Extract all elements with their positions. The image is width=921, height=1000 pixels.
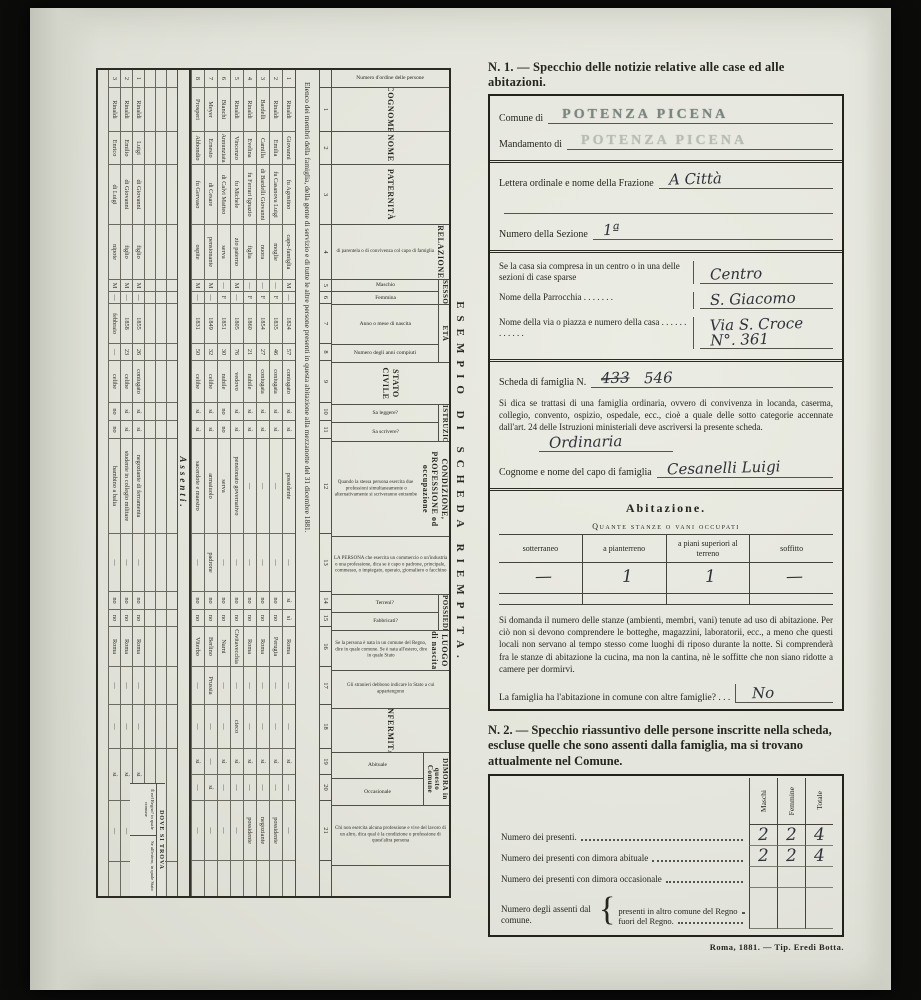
esempio-sub-label: Terreni? [376,600,394,606]
esempio-header-group: ETÀAnno o mese di nascitaNumero degli an… [332,305,449,363]
esempio-cell [167,165,177,225]
esempio-field-number: 4 [320,225,331,280]
esempio-cell [167,225,177,280]
summary-header-row: MaschiFemmineTotale [499,778,833,825]
esempio-cell: fu Casanova Luigi [270,165,282,225]
esempio-cell: celibe [121,361,132,403]
esempio-cell: F [244,292,256,304]
esempio-cell: no [192,610,204,627]
form-n2-box: MaschiFemmineTotaleNumero dei presenti.2… [488,774,844,937]
esempio-cell: sì [257,749,269,775]
esempio-person-row: 7MeyerErnestodi CesarepensionanteM—18493… [204,70,217,896]
esempio-field-number: 7 [320,304,331,344]
esempio-cell: fu Michele [231,165,243,225]
esempio-cell: — [121,292,132,304]
esempio-cell: — [270,705,282,749]
esempio-cell: — [121,705,132,749]
esempio-cell: sì [270,421,282,439]
esempio-header-cell: Numero d'ordine delle persone [332,70,449,88]
summary-row: Numero degli assenti dal comune.{present… [499,888,833,929]
esempio-cell: fu Gervaso [192,165,204,225]
esempio-person-row: 4RinaldiEvelinafu Ferrari Ignaziofiglia—… [243,70,256,896]
esempio-cell [156,361,166,403]
esempio-cell: Annunziata [218,132,230,165]
esempio-header-cell: COGNOME [332,88,449,132]
esempio-cell: no [133,610,144,627]
sezione-label: Numero della Sezione [499,229,588,240]
dotted-leader [666,880,743,883]
divider [490,160,842,163]
stanze-values-row: — 1 1 — [499,563,833,594]
dotted-leader [678,921,743,924]
esempio-cell: Ernesto [205,132,217,165]
esempio-cell: no [257,592,269,610]
esempio-cell: sì [192,403,204,421]
esempio-cell: no [192,592,204,610]
esempio-cell [167,361,177,403]
esempio-group-subcells: Sa leggere?Sa scrivere? [332,405,438,441]
esempio-cell [145,225,155,280]
esempio-cell: F [257,292,269,304]
summary-col-header: Maschi [749,778,777,825]
esempio-cell [145,292,155,304]
esempio-sub-label: Occasionale [364,789,391,795]
esempio-header-note: LA PERSONA che esercita un commercio o u… [332,555,449,576]
esempio-field-number: 9 [320,361,331,403]
esempio-cell: — [121,667,132,705]
esempio-cell [145,592,155,610]
esempio-cell [145,439,155,534]
esempio-cell: — [283,775,295,801]
esempio-field-number: 12 [320,439,331,534]
summary-value-cell: 4 [805,825,833,846]
esempio-field-number: 3 [320,165,331,225]
esempio-field-number: 13 [320,534,331,592]
esempio-cell: 2 [270,70,282,88]
brace-item: presenti in altro comune del Regno [618,906,747,916]
esempio-field-number: 8 [320,344,331,361]
esempio-person-row: 6BianchiAnnunziatadi Calvi Matteoserva—F… [217,70,230,896]
esempio-cell: serva [218,439,230,534]
esempio-cell [145,280,155,292]
summary-row: Numero dei presenti.224 [499,825,833,846]
categoria-text: Si dica se trattasi di una famiglia ordi… [499,397,833,433]
esempio-cell [156,534,166,592]
esempio-cell [167,403,177,421]
esempio-group-subcells: Terreni?Fabbricati? [332,595,438,630]
esempio-cell: no [121,592,132,610]
stanze-value-soffitto: — [776,569,807,588]
esempio-cell: Emilio [121,132,132,165]
esempio-cell [156,667,166,705]
esempio-cell: sì [205,775,217,801]
dove-title: DOVE SI TROVA [156,784,165,896]
summary-col-label: Maschi [759,790,768,812]
esempio-cell: pensionato governativo [231,439,243,534]
esempio-cell [167,610,177,627]
esempio-cell: Narni [218,627,230,667]
esempio-cell: — [231,534,243,592]
esempio-cell: Rinaldi [121,88,132,132]
scheda-row: Scheda di famiglia N. 433 546 [499,371,833,388]
esempio-cell: — [109,344,120,361]
centro-row: Se la casa sia compresa in un centro o i… [499,261,833,284]
esempio-cell: nuora [257,225,269,280]
esempio-cell [156,627,166,667]
esempio-cell: 1 [133,70,144,88]
esempio-group-label: ISTRUZIONE [438,405,449,441]
esempio-person-row: 1RinaldiGiovannifu Agostinocapo-famiglia… [282,70,295,896]
esempio-cell: Emilia [270,132,282,165]
esempio-cell: M [205,280,217,292]
esempio-cell: 21 [244,344,256,361]
esempio-cell: vedovo [231,361,243,403]
stanze-col-piani-superiori: a piani superiori al terreno [667,535,751,562]
esempio-cell: — [257,439,269,534]
esempio-cell: Vincenzo [231,132,243,165]
esempio-cell: figlia [244,225,256,280]
esempio-cell: Abbondio [192,132,204,165]
esempio-cell: Rinaldi [244,88,256,132]
famiglie-label: La famiglia ha l'abitazione in comune co… [499,693,730,703]
esempio-cell [145,403,155,421]
esempio-group-subcells: MaschioFemmina [332,280,438,304]
centro-label: Se la casa sia compresa in un centro o i… [499,261,693,284]
esempio-group-subcells: AbitualeOccasionale [332,753,423,805]
via-label: Nome della via o piazza e numero della c… [499,317,693,349]
esempio-cell: studente in collegio militare [121,439,132,534]
esempio-cell: possidente [244,801,256,861]
esempio-field-number: 15 [320,610,331,627]
stanze-title: Quante stanze o vani occupati [499,522,833,535]
esempio-cell: M [283,280,295,292]
esempio-header-label: CONDIZIONE, PROFESSIONE od occupazione [420,442,449,536]
esempio-cell: no [231,610,243,627]
esempio-cell: no [257,610,269,627]
scanned-census-sheet: ESEMPIO DI SCHEDA RIEMPITA. Numero d'ord… [30,8,891,990]
esempio-cell: Rinaldi [270,88,282,132]
esempio-person-row: 3BardelliCamilladi Bardelli Giovanninuor… [256,70,269,896]
summary-value-cell [805,888,833,929]
brace-item: fuori del Regno. [618,916,747,926]
esempio-cell: Giovanni [283,132,295,165]
esempio-cell: 32 [205,344,217,361]
esempio-cell [156,344,166,361]
esempio-cell: Berlino [205,627,217,667]
esempio-cell: — [270,280,282,292]
esempio-cell [156,292,166,304]
esempio-cell: sì [257,421,269,439]
esempio-header-group: POSSIEDETerreni?Fabbricati? [332,595,449,631]
esempio-blank-row [144,70,155,896]
esempio-cell [156,70,166,88]
esempio-cell: — [283,667,295,705]
esempio-cell: 1831 [192,304,204,344]
summary-value-handwriting: 4 [814,827,825,845]
esempio-cell: sì [244,749,256,775]
esempio-cell [167,70,177,88]
summary-value-handwriting: 2 [786,848,797,866]
esempio-cell: sì [231,421,243,439]
esempio-cell: — [257,775,269,801]
esempio-header-cell: RELAZIONEdi parentela o di convivenza co… [332,225,449,280]
esempio-cell: 4 [244,70,256,88]
capo-row: Cognome e nome del capo di famiglia Cesa… [499,461,833,478]
esempio-header-note: Quando la stessa persona esercita due pr… [332,479,420,500]
esempio-cell: sì [205,421,217,439]
esempio-cell: — [192,775,204,801]
esempio-cell: 26 [133,344,144,361]
esempio-cell: no [218,610,230,627]
esempio-cell: Civitavecchia [231,627,243,667]
esempio-cell [145,705,155,749]
scheda-number-struck: 433 [591,370,634,387]
esempio-header-cell: Fabbricati? [332,613,438,630]
esempio-cell: — [244,775,256,801]
esempio-cell: sì [283,403,295,421]
esempio-cell: — [283,534,295,592]
esempio-header-cell: Abituale [332,753,423,779]
esempio-header-cell: PATERNITÀ [332,165,449,225]
esempio-cell: 1835 [270,304,282,344]
esempio-cell: — [192,534,204,592]
esempio-sub-label: Anno o mese di nascita [360,321,411,327]
summary-value-cell [777,867,805,888]
esempio-header-label: NOME [386,134,396,161]
esempio-cell-span [167,749,177,862]
elenco-note: Elenco dei membri della famiglia, della … [295,70,319,896]
esempio-cell [167,304,177,344]
dove-regno-label: È nel Regno? in quale comune [130,784,156,836]
esempio-cell: — [231,667,243,705]
dove-regno-value: sì [109,749,120,801]
esempio-header-label: STATO CIVILE [381,363,400,404]
dove-subheaders: È nel Regno? in quale comuneSe all'ester… [130,784,156,896]
divider [490,250,842,253]
esempio-cell: Bianchi [218,88,230,132]
summary-col-label: Femmine [787,787,796,815]
esempio-cell: no [231,592,243,610]
esempio-cell: padrone [205,534,217,592]
esempio-cell: coniugata [257,361,269,403]
esempio-cell: no [270,610,282,627]
esempio-cell: coniugata [270,361,282,403]
esempio-cell: cieco [231,705,243,749]
parrocchia-label: Nome della Parrocchia . . . . . . . [499,292,693,309]
esempio-cell [145,610,155,627]
esempio-header-label: LUOGO di nascita [430,631,449,670]
esempio-cell: — [133,667,144,705]
esempio-field-number [320,70,331,88]
esempio-cell: sì [283,592,295,610]
esempio-cell: — [283,801,295,861]
sezione-row: Numero della Sezione 1ª [499,223,833,240]
dove-estero-value: — [109,801,120,862]
esempio-cell: armaiuolo [205,439,217,534]
esempio-cell: — [133,705,144,749]
esempio-header-cell: NOME [332,132,449,165]
esempio-cell: 8 [192,70,204,88]
esempio-cell: sì [205,403,217,421]
esempio-cell: 57 [283,344,295,361]
esempio-cell: no [244,610,256,627]
esempio-cell: sì [121,403,132,421]
esempio-cell: nipote [109,225,120,280]
esempio-cell: pensionante [205,225,217,280]
esempio-cell: — [192,292,204,304]
esempio-cell: no [218,592,230,610]
esempio-cell: sì [283,421,295,439]
esempio-cell: di Luigi [109,165,120,225]
esempio-cell: no [133,592,144,610]
esempio-cell: — [244,705,256,749]
summary-value-handwriting: 2 [758,827,769,845]
esempio-cell: 23 [121,344,132,361]
famiglie-row: La famiglia ha l'abitazione in comune co… [499,684,833,703]
brace-items: presenti in altro comune del Regnofuori … [618,906,747,926]
esempio-cell: Rinaldi [231,88,243,132]
esempio-cell: — [205,801,217,861]
esempio-cell: nubile [244,361,256,403]
esempio-cell: Roma [257,627,269,667]
esempio-cell [156,610,166,627]
esempio-cell [167,592,177,610]
dotted-leader [742,911,743,914]
esempio-header-group: ISTRUZIONESa leggere?Sa scrivere? [332,405,449,442]
esempio-field-number: 19 [320,749,331,775]
esempio-cell: — [244,667,256,705]
esempio-table-rotated: ESEMPIO DI SCHEDA RIEMPITA. Numero d'ord… [98,68,466,898]
esempio-cell: sì [283,749,295,775]
esempio-cell: — [218,667,230,705]
esempio-header-group: SESSOMaschioFemmina [332,280,449,305]
esempio-cell: 46 [270,344,282,361]
esempio-cell: zio paterno [231,225,243,280]
esempio-header-note: di parentela o di convivenza col capo di… [336,248,435,256]
esempio-cell: capo-famiglia [283,225,295,280]
esempio-cell [167,534,177,592]
dove-estero-label: Se all'estero, in quale Stato [130,836,156,896]
esempio-person-row: 2RinaldiEmiliafu Casanova Luigimoglie—F1… [269,70,282,896]
esempio-cell: no [218,403,230,421]
esempio-cell: figlio [133,225,144,280]
esempio-cell: — [218,280,230,292]
esempio-cell: — [218,801,230,861]
esempio-cell: — [218,705,230,749]
esempio-cell [167,627,177,667]
esempio-cell: — [257,667,269,705]
frazione-row: Lettera ordinale e nome della Frazione A… [499,172,833,189]
summary-col-header: Femmine [777,778,805,825]
esempio-cell: 3 [257,70,269,88]
esempio-header-note: Chi non esercita alcuna professione e vi… [332,825,449,846]
esempio-cell [156,421,166,439]
esempio-header-cell: CONDIZIONE, PROFESSIONE od occupazioneQu… [332,442,449,537]
esempio-cell: Camilla [257,132,269,165]
esempio-cell: no [244,592,256,610]
stanze-col-pianterreno: a pianterreno [583,535,667,562]
esempio-header-cell: INFERMITÀ [332,709,449,753]
esempio-field-number: 6 [320,292,331,304]
esempio-cell: di Cesare [205,165,217,225]
summary-row: Numero dei presenti con dimora abituale2… [499,846,833,867]
esempio-cell: — [231,775,243,801]
summary-value-cell: 2 [749,846,777,867]
esempio-cell [145,344,155,361]
stanze-col-soffitto: soffitto [750,535,833,562]
esempio-cell: bambino a balia [109,439,120,534]
esempio-cell: 5 [231,70,243,88]
esempio-header-cell: Chi non esercita alcuna professione e vi… [332,806,449,866]
esempio-cell: — [133,292,144,304]
abitazione-title: Abitazione. [499,501,833,516]
summary-row-label: Numero dei presenti con dimora abituale [499,846,749,867]
sezione-handwriting: 1ª [593,223,624,240]
esempio-cell: moglie [270,225,282,280]
esempio-cell: 1854 [257,304,269,344]
esempio-cell: sì [133,403,144,421]
stanze-value-piani-superiori: 1 [695,569,720,588]
esempio-sub-label: Sa leggere? [372,410,398,416]
esempio-cell [156,403,166,421]
esempio-group-subcells: Anno o mese di nascitaNumero degli anni … [332,305,438,362]
esempio-cell: fu Agostino [283,165,295,225]
esempio-header-note: Se la persona è nata in un comune del Re… [332,640,430,661]
esempio-cell: celibe [109,361,120,403]
esempio-cell: serva [218,225,230,280]
esempio-header-cell: Sa leggere? [332,405,438,423]
printer-imprint: Roma, 1881. — Tip. Eredi Botta. [488,942,844,952]
esempio-header-cell: Maschio [332,280,438,292]
esempio-header-label: COGNOME [386,88,396,132]
esempio-cell: — [109,534,120,592]
esempio-cell: M [192,280,204,292]
esempio-cell: 7 [205,70,217,88]
summary-value-cell [805,867,833,888]
summary-row: Numero dei presenti con dimora occasiona… [499,867,833,888]
esempio-cell [156,592,166,610]
esempio-cell: no [205,592,217,610]
esempio-field-numbers-row: 123456789101112131415161718192021 [319,70,331,896]
summary-value-cell [777,888,805,929]
esempio-group-label: POSSIEDE [438,595,449,630]
dotted-leader [652,859,743,862]
esempio-cell: febbraio [109,304,120,344]
esempio-cell: sì [192,749,204,775]
esempio-cell: Perugia [270,627,282,667]
categoria-handwriting: Ordinaria [539,434,627,452]
esempio-header-cell: LUOGO di nascitaSe la persona è nata in … [332,631,449,671]
esempio-header-label: RELAZIONE [435,225,445,278]
stanze-header-row: sotterraneo a pianterreno a piani superi… [499,535,833,563]
esempio-header-group: DIMORA in questo ComuneAbitualeOccasiona… [332,753,449,806]
esempio-cell [167,88,177,132]
capo-handwriting: Cesanelli Luigi [657,459,785,478]
esempio-blank-row [155,70,166,896]
esempio-cell [156,439,166,534]
esempio-header-cell: Anno o mese di nascita [332,305,438,345]
esempio-cell: 27 [257,344,269,361]
summary-value-cell [749,867,777,888]
esempio-cell: — [283,705,295,749]
esempio-cell: Roma [283,627,295,667]
esempio-cell: 1849 [205,304,217,344]
esempio-cell: celibe [205,361,217,403]
esempio-field-number: 2 [320,132,331,165]
esempio-cell: 1855 [133,304,144,344]
esempio-cell: sì [218,749,230,775]
summary-value-cell [749,888,777,929]
